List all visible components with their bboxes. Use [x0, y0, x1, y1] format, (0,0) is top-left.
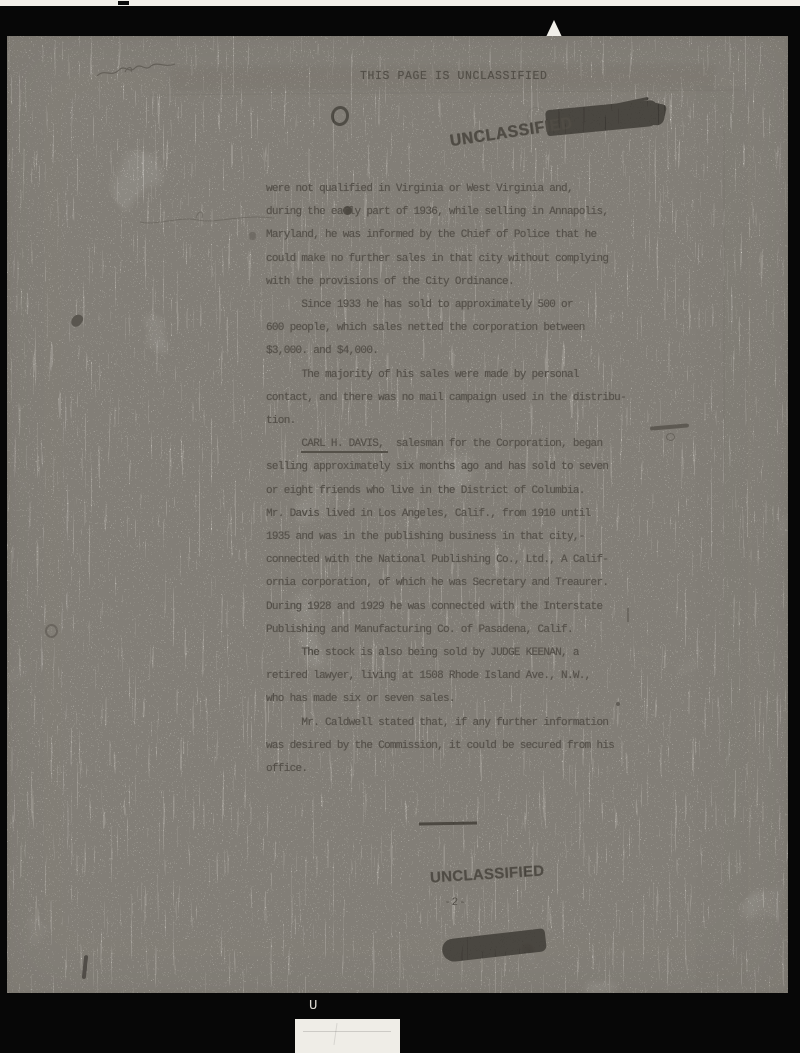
film-edge-mark — [118, 1, 129, 5]
ink-ring-mark — [329, 105, 350, 128]
edge-scratch-mark — [82, 955, 88, 979]
tiny-ring-mark — [666, 433, 675, 441]
paper-glint — [546, 20, 562, 37]
pencil-scribble-icon — [95, 56, 177, 84]
sliver-mark — [303, 1031, 391, 1032]
scan-crease — [723, 128, 725, 473]
document-page: THIS PAGE IS UNCLASSIFIED UNCLASSIFIED w… — [7, 36, 788, 993]
pencil-line-icon — [138, 200, 276, 232]
scratch-mark — [627, 608, 629, 622]
redaction-mark-bottom — [441, 928, 547, 963]
film-frame-letter: U — [309, 998, 317, 1014]
ink-speck — [69, 312, 85, 328]
page-number: -2- — [444, 897, 467, 909]
sliver-scratch — [333, 1023, 337, 1045]
document-body-text: were not qualified in Virginia or West V… — [266, 178, 626, 781]
unclassified-stamp-bottom: UNCLASSIFIED — [430, 863, 545, 887]
film-leader-strip — [0, 0, 800, 6]
horizontal-smudge — [650, 423, 689, 430]
microfilm-frame: THIS PAGE IS UNCLASSIFIED UNCLASSIFIED w… — [0, 0, 800, 1053]
small-ring-mark — [45, 624, 58, 638]
margin-smudge — [249, 232, 256, 240]
dot-speck — [616, 702, 620, 706]
underline-carl-h-davis — [301, 451, 388, 453]
section-divider-line — [419, 821, 477, 825]
faint-ring-mark — [527, 107, 545, 125]
classification-header: THIS PAGE IS UNCLASSIFIED — [360, 70, 548, 83]
next-page-sliver — [295, 1019, 400, 1053]
scan-shading — [696, 86, 748, 986]
unclassified-stamp-top: UNCLASSIFIED — [449, 114, 575, 152]
